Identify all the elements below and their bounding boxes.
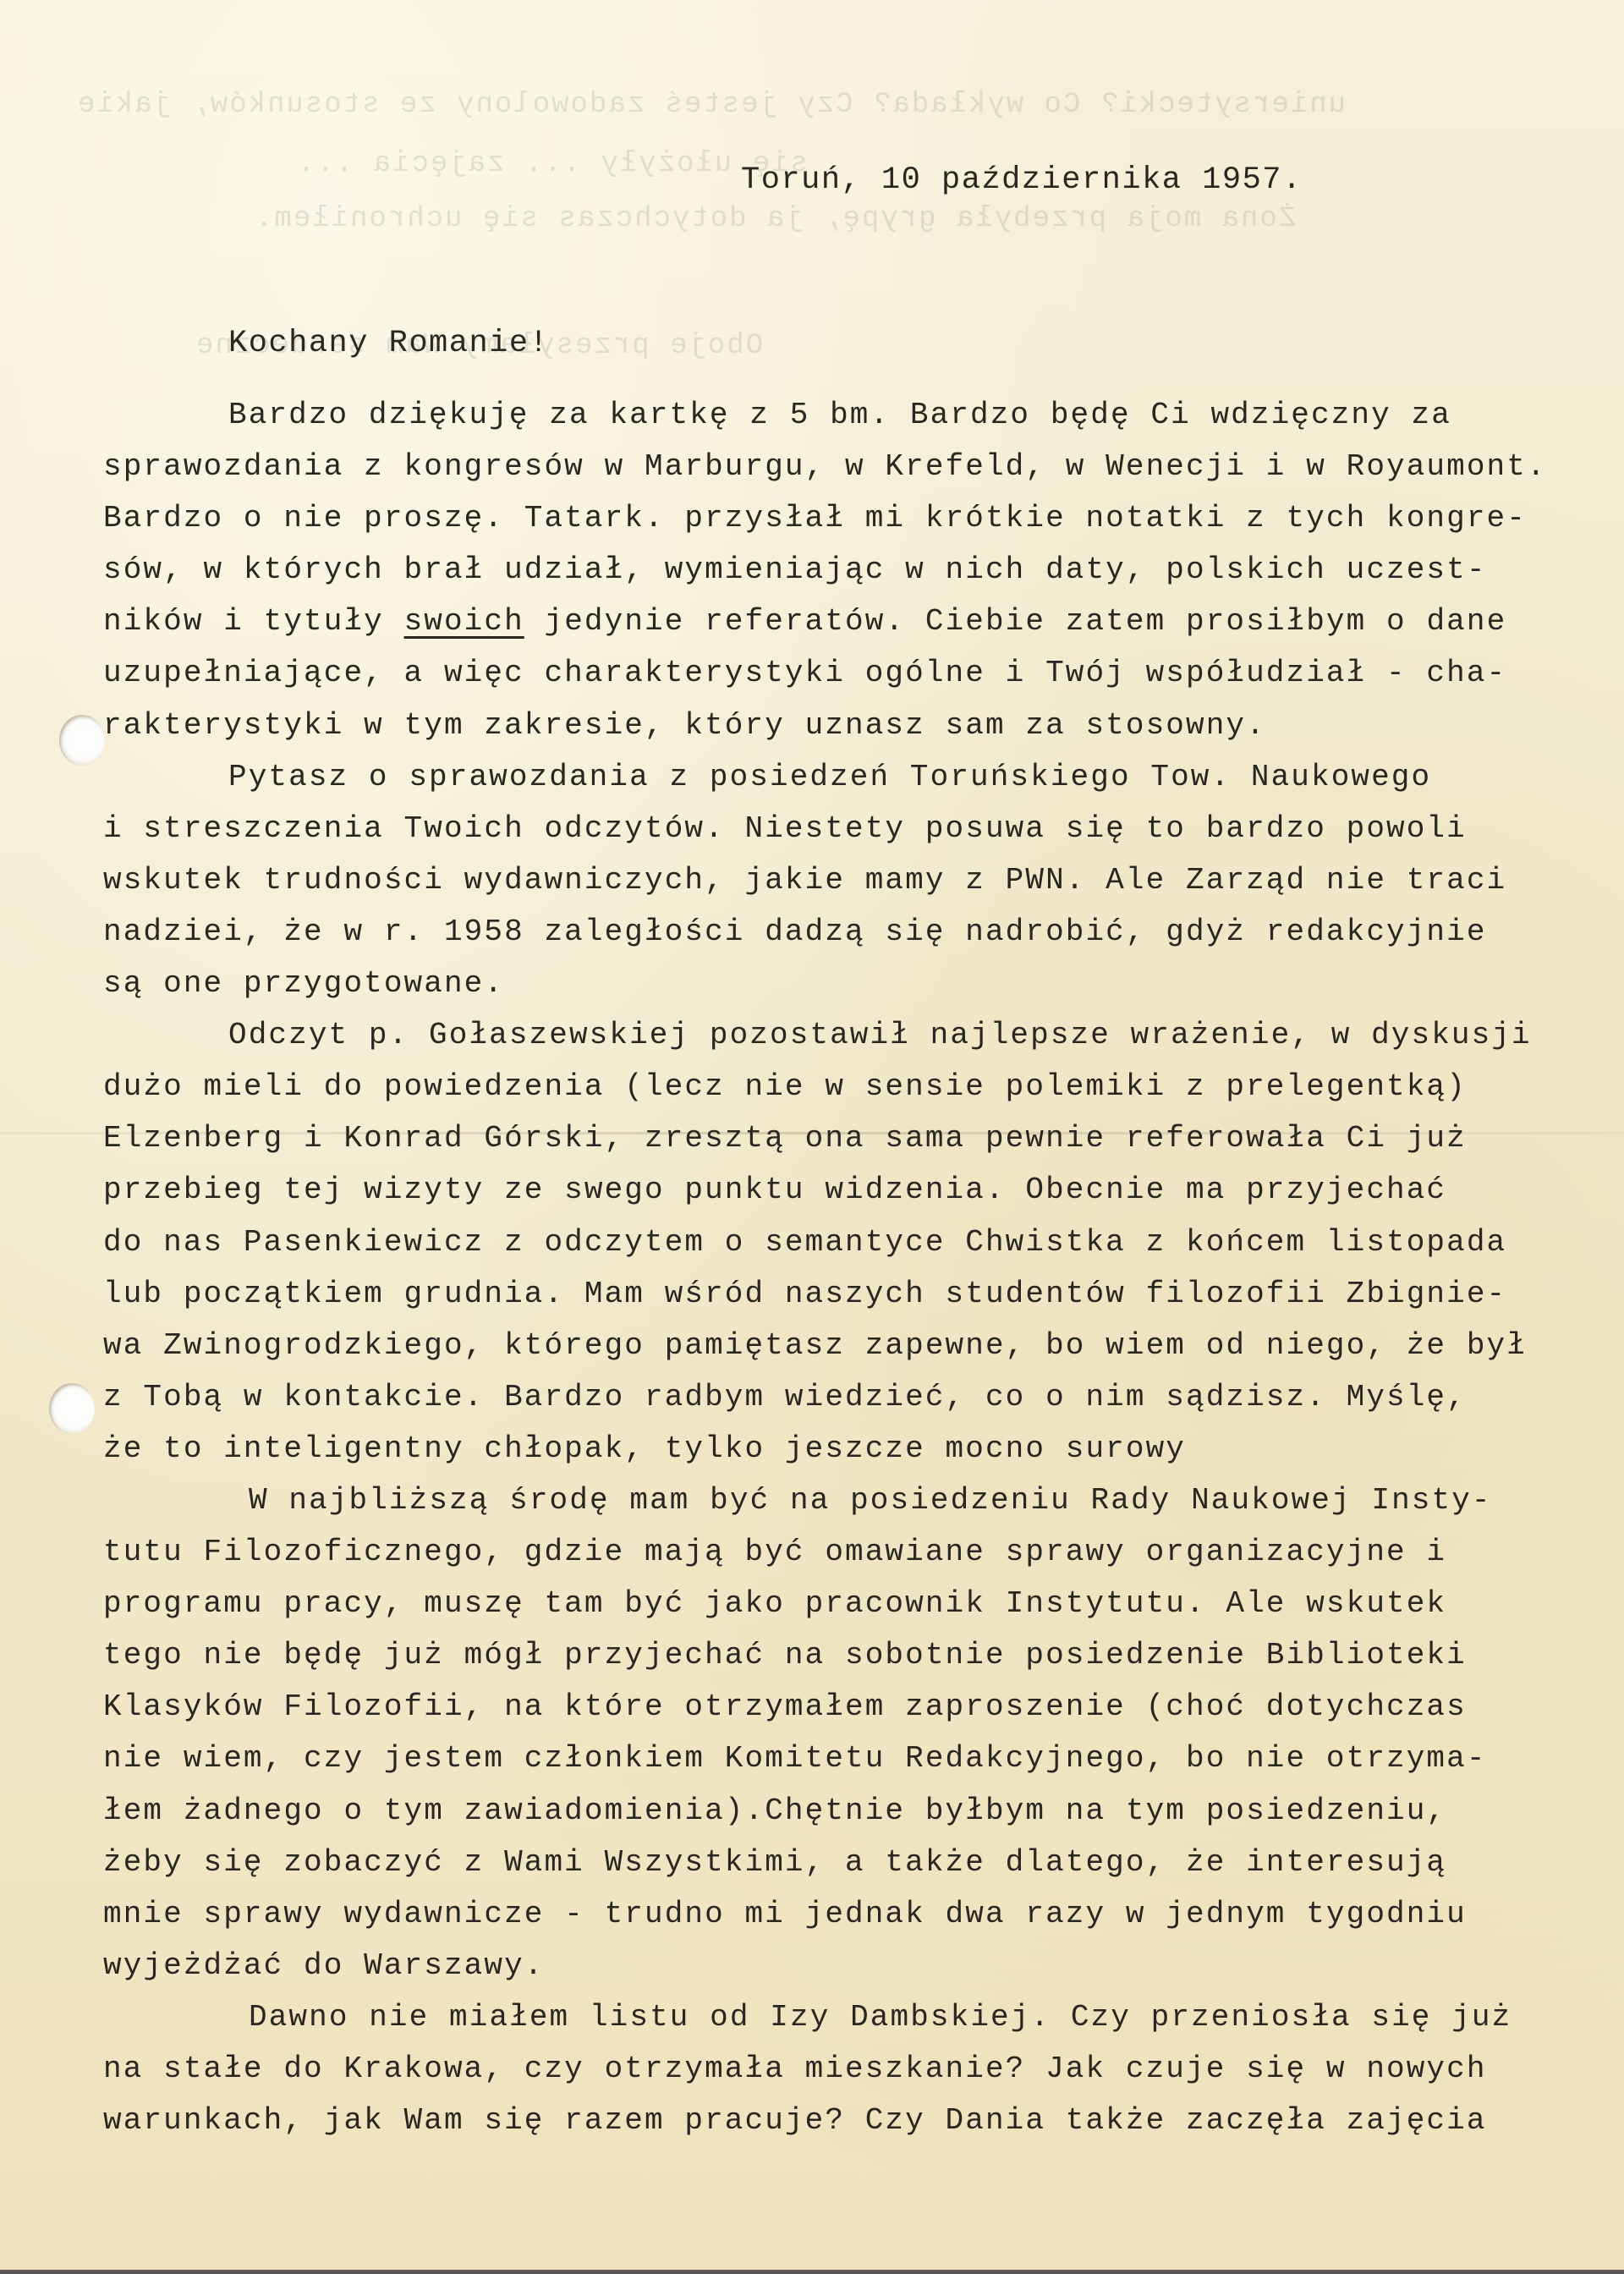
punch-hole xyxy=(49,1383,95,1434)
letter-line: uzupełniające, a więc charakterystyki og… xyxy=(103,647,1592,699)
letter-line: do nas Pasenkiewicz z odczytem o semanty… xyxy=(103,1217,1592,1268)
letter-line: tutu Filozoficznego, gdzie mają być omaw… xyxy=(103,1526,1592,1578)
salutation: Kochany Romanie! xyxy=(228,326,549,361)
underlined-word: swoich xyxy=(404,604,524,639)
letter-line: żeby się zobaczyć z Wami Wszystkimi, a t… xyxy=(103,1837,1592,1888)
letter-line: że to inteligentny chłopak, tylko jeszcz… xyxy=(103,1423,1592,1475)
letter-line: tego nie będę już mógł przyjechać na sob… xyxy=(103,1629,1592,1681)
letter-line: nadziei, że w r. 1958 zaległości dadzą s… xyxy=(103,906,1592,958)
letter-line: Elzenberg i Konrad Górski, zresztą ona s… xyxy=(103,1112,1592,1164)
letter-line: nie wiem, czy jestem członkiem Komitetu … xyxy=(103,1733,1592,1784)
punch-hole xyxy=(59,715,105,766)
letter-line: wskutek trudności wydawniczych, jakie ma… xyxy=(103,854,1592,906)
bleed-through-text: Żona moja przebyła grypę, ja dotychczas … xyxy=(254,203,1296,235)
letter-line: programu pracy, muszę tam być jako praco… xyxy=(103,1578,1592,1629)
letter-line: Dawno nie miałem listu od Izy Dambskiej.… xyxy=(103,1991,1592,2043)
letter-line: wyjeżdżać do Warszawy. xyxy=(103,1940,1592,1991)
letter-line: Pytasz o sprawozdania z posiedzeń Toruńs… xyxy=(103,751,1592,803)
letter-line: warunkach, jak Wam się razem pracuje? Cz… xyxy=(103,2095,1592,2146)
letter-line: są one przygotowane. xyxy=(103,958,1592,1009)
letter-line: Bardzo dziękuję za kartkę z 5 bm. Bardzo… xyxy=(103,389,1592,441)
page-bottom-edge xyxy=(0,2270,1624,2274)
letter-line: sów, w których brał udział, wymieniając … xyxy=(103,544,1592,596)
letter-line: Odczyt p. Gołaszewskiej pozostawił najle… xyxy=(103,1009,1592,1061)
letter-line: mnie sprawy wydawnicze - trudno mi jedna… xyxy=(103,1888,1592,1940)
letter-line: rakterystyki w tym zakresie, który uznas… xyxy=(103,700,1592,751)
letter-line: Bardzo o nie proszę. Tatark. przysłał mi… xyxy=(103,492,1592,544)
letter-page: uniersytecki? Co wykłada? Czy jesteś zad… xyxy=(0,0,1624,2274)
letter-line: przebieg tej wizyty ze swego punktu widz… xyxy=(103,1164,1592,1216)
letter-line: dużo mieli do powiedzenia (lecz nie w se… xyxy=(103,1061,1592,1112)
letter-line: ników i tytuły swoich jedynie referatów.… xyxy=(103,596,1592,647)
bleed-through-text: uniersytecki? Co wykłada? Czy jesteś zad… xyxy=(76,89,1346,121)
letter-line: Klasyków Filozofii, na które otrzymałem … xyxy=(103,1681,1592,1733)
bleed-through-text: się ułożyły ... zajęcia ... xyxy=(296,148,808,180)
letter-line: lub początkiem grudnia. Mam wśród naszyc… xyxy=(103,1268,1592,1320)
dateline: Toruń, 10 października 1957. xyxy=(741,162,1303,198)
letter-line: sprawozdania z kongresów w Marburgu, w K… xyxy=(103,441,1592,492)
letter-line: wa Zwinogrodzkiego, którego pamiętasz za… xyxy=(103,1320,1592,1371)
letter-line: z Tobą w kontakcie. Bardzo radbym wiedzi… xyxy=(103,1371,1592,1423)
letter-body: Bardzo dziękuję za kartkę z 5 bm. Bardzo… xyxy=(103,389,1592,2146)
letter-line: W najbliższą środę mam być na posiedzeni… xyxy=(103,1475,1592,1526)
letter-line: łem żadnego o tym zawiadomienia).Chętnie… xyxy=(103,1785,1592,1837)
letter-line: na stałe do Krakowa, czy otrzymała miesz… xyxy=(103,2043,1592,2095)
letter-line: i streszczenia Twoich odczytów. Niestety… xyxy=(103,803,1592,854)
